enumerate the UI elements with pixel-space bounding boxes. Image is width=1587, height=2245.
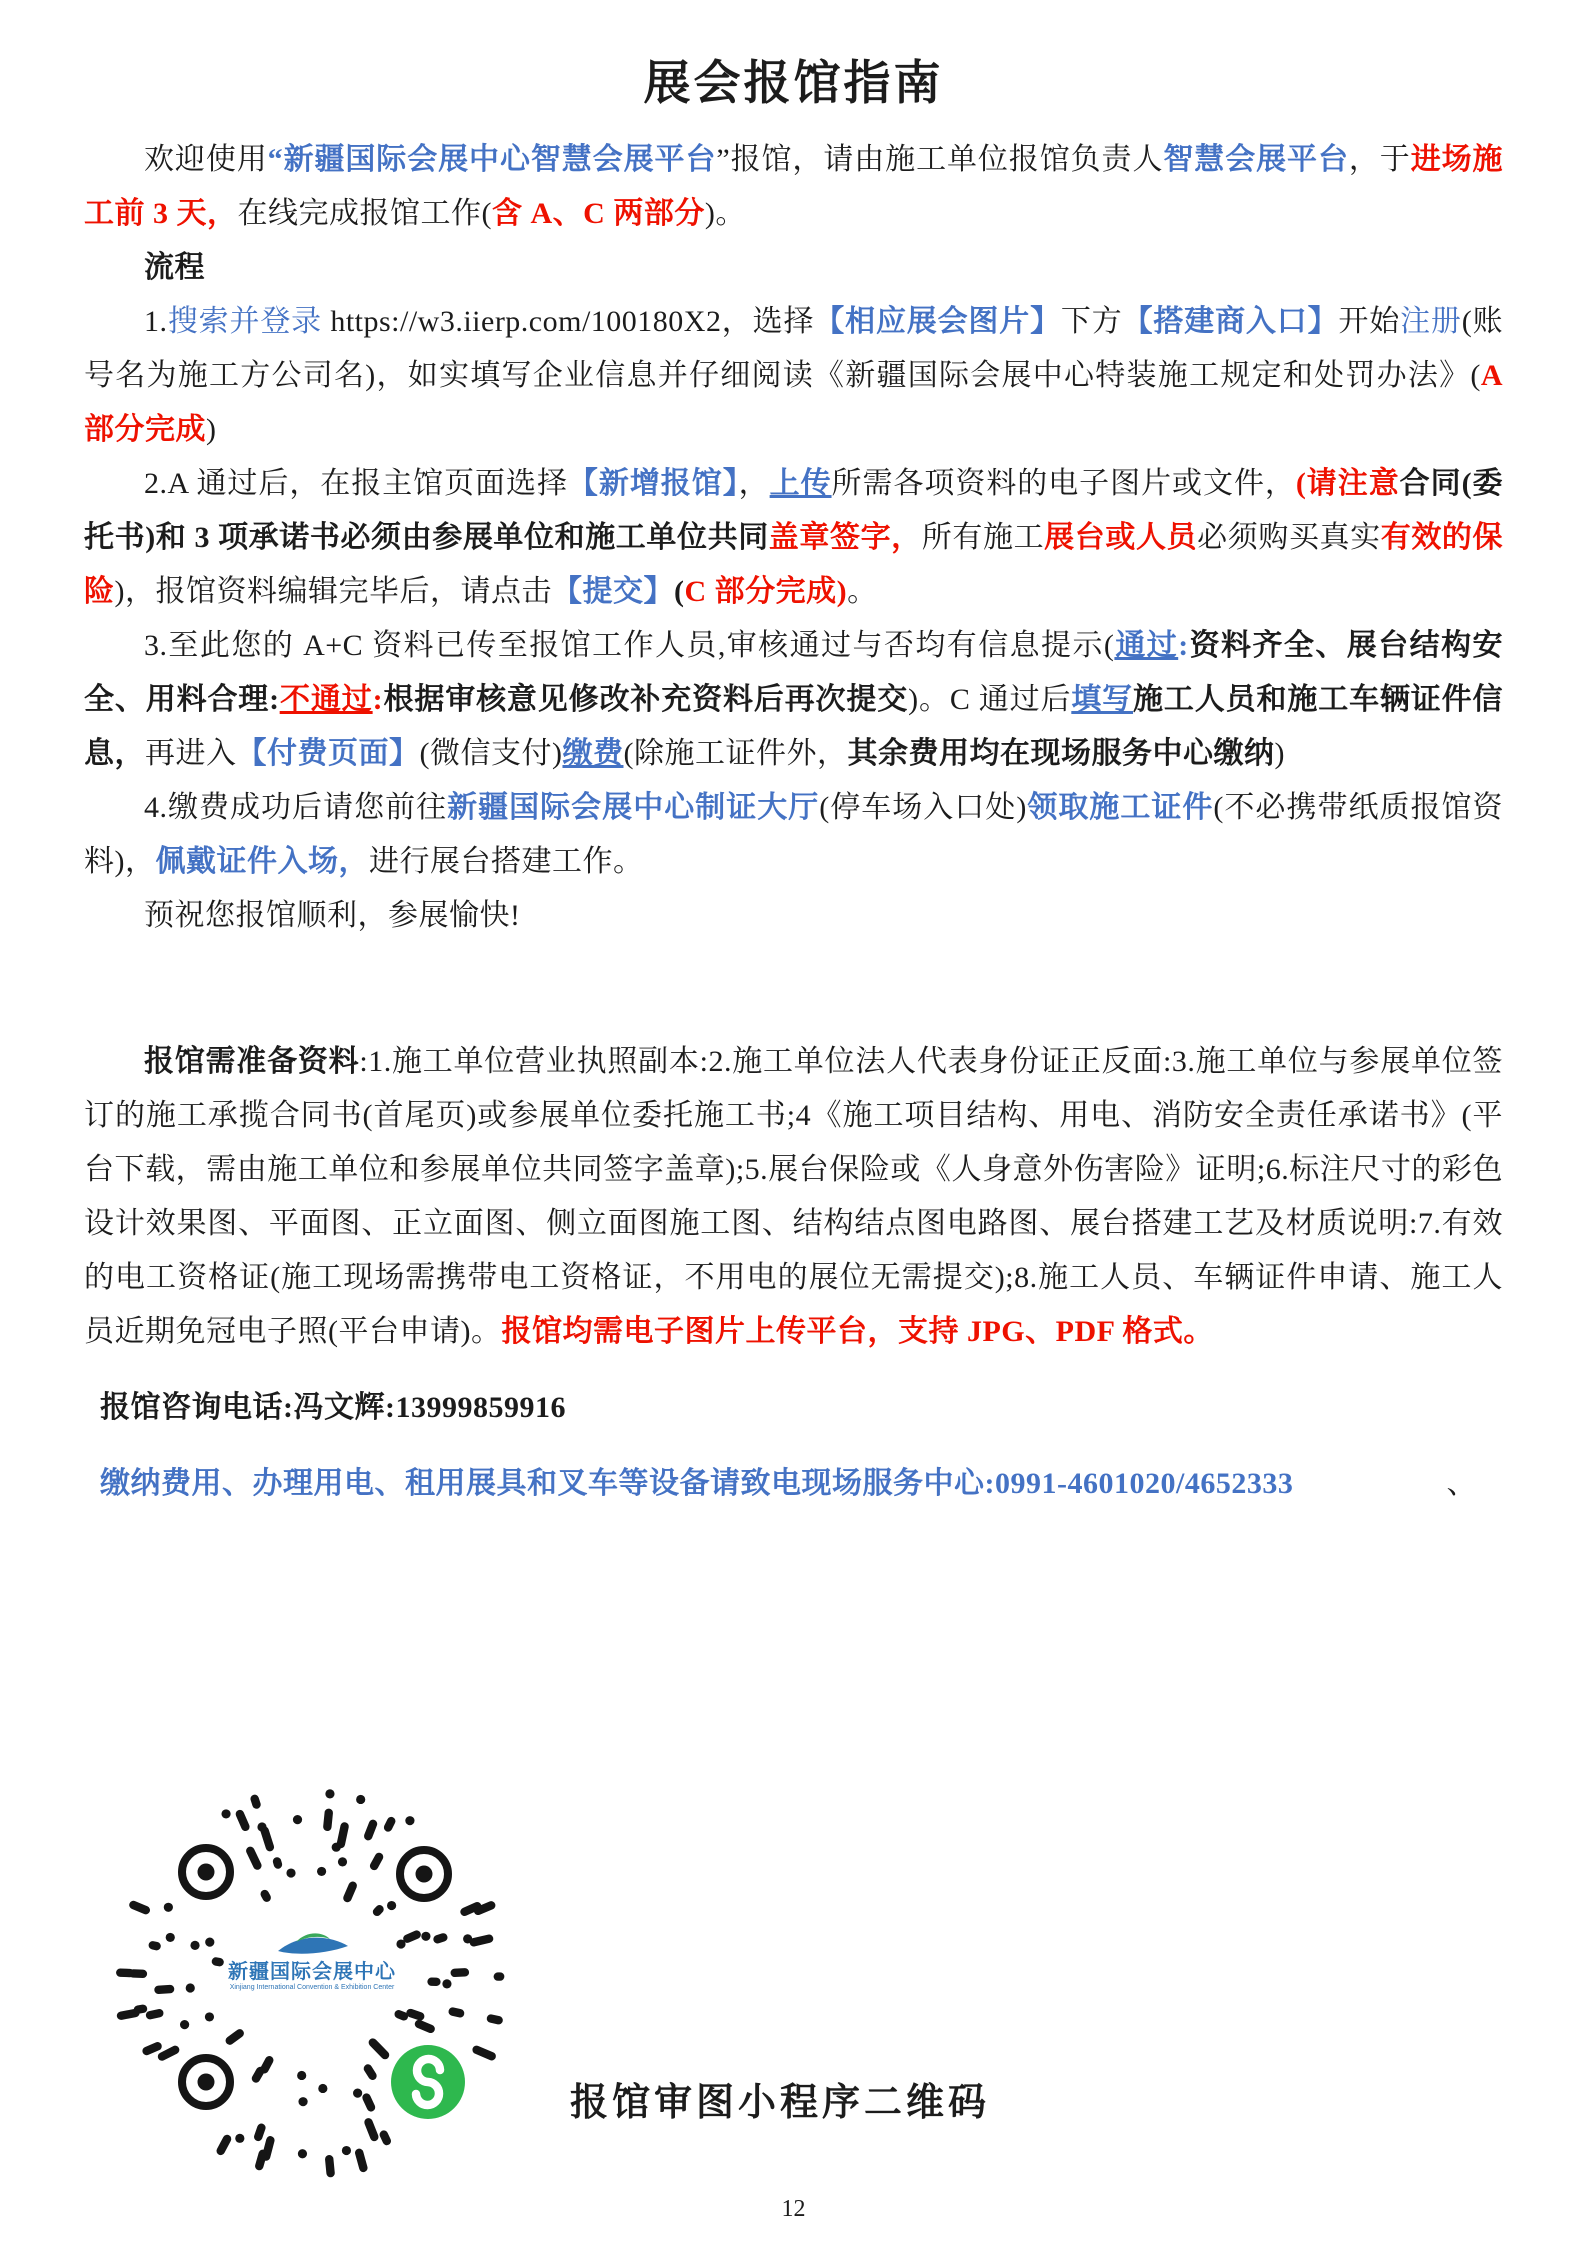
text-segment: 必须购买真实 — [1197, 521, 1381, 554]
text-segment: 。 — [847, 575, 878, 608]
text-segment: 搜索并登录 — [168, 305, 322, 338]
text-segment: 报馆需准备资料 — [144, 1045, 359, 1078]
paragraph: 流程 — [84, 241, 1503, 295]
text-segment: 根据审核意见修改补充资料后再次提交 — [383, 683, 908, 716]
text-segment: 通过 — [1114, 629, 1178, 662]
document-body: 欢迎使用“新疆国际会展中心智慧会展平台”报馆，请由施工单位报馆负责人智慧会展平台… — [0, 133, 1587, 1511]
text-segment: ( — [674, 575, 685, 608]
text-segment: ) — [206, 413, 217, 446]
text-segment: 报馆咨询电话:冯文辉:13999859916 — [100, 1391, 566, 1424]
text-segment: 领取施工证件 — [1027, 791, 1214, 824]
text-segment: ”报馆，请由施工单位报馆负责人 — [716, 143, 1163, 176]
text-segment: 注册 — [1400, 305, 1462, 338]
paragraph: 缴纳费用、办理用电、租用展具和叉车等设备请致电现场服务中心:0991-46010… — [84, 1457, 1503, 1511]
text-segment: )。 — [705, 197, 746, 230]
page-number: 12 — [0, 2196, 1587, 2223]
text-segment: 3.至此您的 A+C 资料已传至报馆工作人员,审核通过与否均有信息提示( — [144, 629, 1114, 662]
qr-section: 新疆国际会展中心 Xinjiang International Conventi… — [0, 1788, 1587, 2188]
paragraph: 1.搜索并登录 https://w3.iierp.com/100180X2，选择… — [84, 295, 1503, 457]
text-segment: “新疆国际会展中心智慧会展平台 — [268, 143, 717, 176]
qr-logo-subtext: Xinjiang International Convention & Exhi… — [197, 1984, 427, 1992]
text-segment: 智慧会展平台 — [1163, 143, 1348, 176]
text-segment: 缴费 — [562, 737, 623, 770]
text-segment: :1.施工单位营业执照副本:2.施工单位法人代表身份证正反面:3.施工单位与参展… — [84, 1045, 1503, 1348]
paragraph: 2.A 通过后，在报主馆页面选择【新增报馆】，上传所需各项资料的电子图片或文件，… — [84, 457, 1503, 619]
paragraph: 4.缴费成功后请您前往新疆国际会展中心制证大厅(停车场入口处)领取施工证件(不必… — [84, 781, 1503, 889]
text-segment: 佩戴证件入场， — [156, 845, 370, 878]
paragraph: 欢迎使用“新疆国际会展中心智慧会展平台”报馆，请由施工单位报馆负责人智慧会展平台… — [84, 133, 1503, 241]
text-segment: 上传 — [770, 467, 832, 500]
text-segment: 含 A、C 两部分 — [492, 197, 705, 230]
page-title: 展会报馆指南 — [0, 46, 1587, 113]
text-segment: 再进入 — [145, 737, 237, 770]
text-segment: 【搭建商入口】 — [1123, 305, 1339, 338]
text-segment: (微信支付) — [420, 737, 563, 770]
text-segment: : — [373, 683, 384, 716]
text-segment: (停车场入口处) — [819, 791, 1027, 824]
text-segment: 下方 — [1061, 305, 1123, 338]
text-segment: (除施工证件外， — [623, 737, 847, 770]
wave-logo-icon — [272, 1930, 352, 1956]
text-segment: 所有施工 — [922, 521, 1044, 554]
text-segment: 不通过 — [280, 683, 373, 716]
text-segment: 预祝您报馆顺利，参展愉快! — [144, 899, 521, 932]
text-segment: (请注意 — [1296, 467, 1400, 500]
text-segment: 4.缴费成功后请您前往 — [144, 791, 447, 824]
text-segment: ) — [1274, 737, 1285, 770]
text-segment: 1. — [144, 305, 168, 338]
text-segment: : — [1178, 629, 1189, 662]
text-segment: ，于 — [1349, 143, 1411, 176]
document-page: 展会报馆指南 欢迎使用“新疆国际会展中心智慧会展平台”报馆，请由施工单位报馆负责… — [0, 0, 1587, 2245]
text-segment: 填写 — [1071, 683, 1133, 716]
text-segment: 流程 — [144, 251, 205, 284]
text-segment: 欢迎使用 — [144, 143, 268, 176]
paragraph: 3.至此您的 A+C 资料已传至报馆工作人员,审核通过与否均有信息提示(通过:资… — [84, 619, 1503, 781]
qr-center-logo: 新疆国际会展中心 Xinjiang International Conventi… — [197, 1930, 427, 1992]
text-segment: 其余费用均在现场服务中心缴纳 — [847, 737, 1274, 770]
text-segment: 缴纳费用、办理用电、租用展具和叉车等设备请致电现场服务中心:0991-46010… — [100, 1467, 1293, 1500]
paragraph: 报馆咨询电话:冯文辉:13999859916 — [84, 1381, 1503, 1435]
text-segment: 盖章签字， — [769, 521, 922, 554]
qr-caption: 报馆审图小程序二维码 — [570, 2071, 990, 2126]
text-segment: ， — [739, 467, 770, 500]
text-segment: 【付费页面】 — [237, 737, 420, 770]
text-segment: 【新增报馆】 — [568, 467, 739, 500]
text-segment: 在线完成报馆工作( — [238, 197, 493, 230]
text-segment: 新疆国际会展中心制证大厅 — [447, 791, 819, 824]
qr-logo-text: 新疆国际会展中心 — [197, 1961, 427, 1984]
text-segment: 所需各项资料的电子图片或文件， — [832, 467, 1296, 500]
text-segment: 展台或人员 — [1044, 521, 1197, 554]
text-segment: 进行展台搭建工作。 — [369, 845, 644, 878]
text-segment: ) — [837, 575, 848, 608]
text-segment: 报馆均需电子图片上传平台，支持 JPG、PDF 格式。 — [501, 1315, 1213, 1348]
text-segment: 【相应展会图片】 — [814, 305, 1061, 338]
text-segment: )，报馆资料编辑完毕后，请点击 — [115, 575, 553, 608]
text-segment: )。C 通过后 — [908, 683, 1071, 716]
paragraph: 预祝您报馆顺利，参展愉快! — [84, 889, 1503, 943]
text-segment: 开始 — [1338, 305, 1400, 338]
text-segment: 【提交】 — [552, 575, 674, 608]
text-segment: 、 — [1447, 1457, 1478, 1511]
text-segment: C 部分完成 — [685, 575, 837, 608]
qr-code: 新疆国际会展中心 Xinjiang International Conventi… — [90, 1788, 534, 2188]
text-segment: https://w3.iierp.com/100180X2，选择 — [322, 305, 814, 338]
paragraph: 报馆需准备资料:1.施工单位营业执照副本:2.施工单位法人代表身份证正反面:3.… — [84, 1035, 1503, 1359]
text-segment: 2.A 通过后，在报主馆页面选择 — [144, 467, 568, 500]
